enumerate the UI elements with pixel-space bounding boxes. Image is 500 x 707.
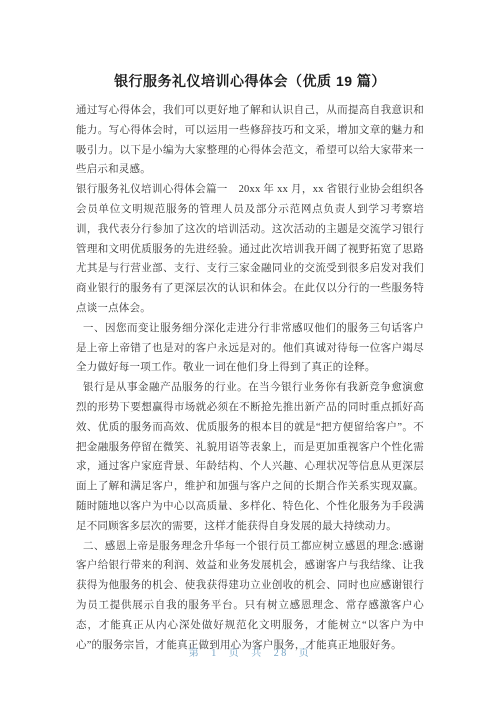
document-page: 银行服务礼仪培训心得体会（优质 19 篇） 通过写心得体会，我们可以更好地了解和… xyxy=(0,0,500,707)
paragraph-point-two: 二、感恩上帝是服务理念升华每一个银行员工都应树立感恩的理念:感谢客户给银行带来的… xyxy=(76,537,424,656)
paragraph-service-industry: 银行是从事金融产品服务的行业。在当今银行业务你有我新竞争愈演愈烈的形势下要想赢得… xyxy=(76,378,424,536)
paragraph-chapter-one-opening: 银行服务礼仪培训心得体会篇一 20xx 年 xx 月，xx 省银行业协会组织各会… xyxy=(76,180,424,319)
document-content: 银行服务礼仪培训心得体会（优质 19 篇） 通过写心得体会，我们可以更好地了解和… xyxy=(76,0,424,655)
paragraph-point-one: 一、因您而变让服务细分深化走进分行非常感叹他们的服务三句话客户是上帝上帝错了也是… xyxy=(76,319,424,378)
page-title: 银行服务礼仪培训心得体会（优质 19 篇） xyxy=(76,71,424,91)
paragraph-intro: 通过写心得体会，我们可以更好地了解和认识自己，从而提高自我意识和能力。写心得体会… xyxy=(76,101,424,180)
page-number-indicator: 第 1 页 共 28 页 xyxy=(0,644,500,659)
